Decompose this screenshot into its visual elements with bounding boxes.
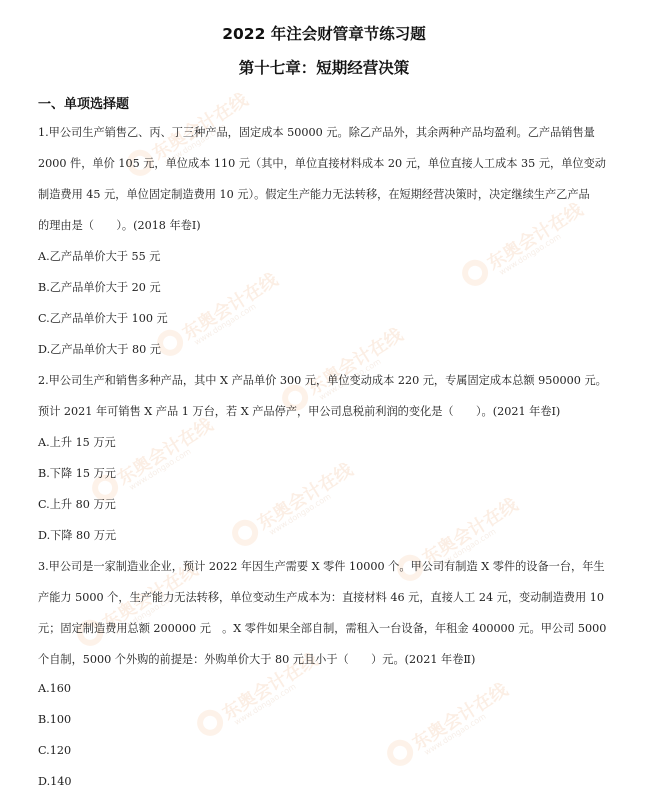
question-2-text: 预计 2021 年可销售 X 产品 1 万台，若 X 产品停产，甲公司息税前利润… [38,403,560,419]
question-1-option-b: B.乙产品单价大于 20 元 [38,279,161,295]
question-2-option-a: A.上升 15 万元 [38,434,116,450]
watermark-logo-icon: 东奥会计在线www.dongao.com [392,491,525,590]
question-3-option-a: A.160 [38,682,71,695]
question-1-option-d: D.乙产品单价大于 80 元 [38,341,161,357]
question-1-option-c: C.乙产品单价大于 100 元 [38,310,168,326]
question-1-text: 的理由是（ ）。(2018 年卷Ⅰ) [38,217,201,233]
question-3-text: 产能力 5000 个，生产能力无法转移，单位变动生产成本为：直接材料 46 元，… [38,589,604,605]
question-1-option-a: A.乙产品单价大于 55 元 [38,248,160,264]
question-2-option-c: C.上升 80 万元 [38,496,116,512]
watermark-logo-icon: 东奥会计在线www.dongao.com [152,266,285,365]
question-1-text: 1.甲公司生产销售乙、丙、丁三种产品，固定成本 50000 元。除乙产品外，其余… [38,124,595,140]
question-2-option-b: B.下降 15 万元 [38,465,116,481]
section-heading: 一、单项选择题 [38,93,129,112]
question-1-text: 制造费用 45 元，单位固定制造费用 10 元）。假定生产能力无法转移，在短期经… [38,186,590,202]
document-page: 东奥会计在线www.dongao.com 东奥会计在线www.dongao.co… [0,0,648,795]
question-3-text: 元；固定制造费用总额 200000 元 。X 零件如果全部自制，需租入一台设备，… [38,620,606,636]
chapter-title: 第十七章：短期经营决策 [0,56,648,78]
question-2-text: 2.甲公司生产和销售多种产品，其中 X 产品单价 300 元，单位变动成本 22… [38,372,607,388]
question-3-option-c: C.120 [38,744,71,757]
watermark-logo-icon: 东奥会计在线www.dongao.com [457,196,590,295]
watermark-logo-icon: 东奥会计在线www.dongao.com [227,456,360,555]
question-3-text: 个自制，5000 个外购的前提是：外购单价大于 80 元且小于（ ）元。(202… [38,651,475,667]
question-2-option-d: D.下降 80 万元 [38,527,116,543]
document-title: 2022 年注会财管章节练习题 [0,22,648,44]
question-3-text: 3.甲公司是一家制造业企业，预计 2022 年因生产需要 X 零件 10000 … [38,558,605,574]
question-3-option-b: B.100 [38,713,71,726]
question-3-option-d: D.140 [38,775,71,788]
question-1-text: 2000 件，单价 105 元，单位成本 110 元（其中，单位直接材料成本 2… [38,155,606,171]
watermark-logo-icon: 东奥会计在线www.dongao.com [382,676,515,775]
